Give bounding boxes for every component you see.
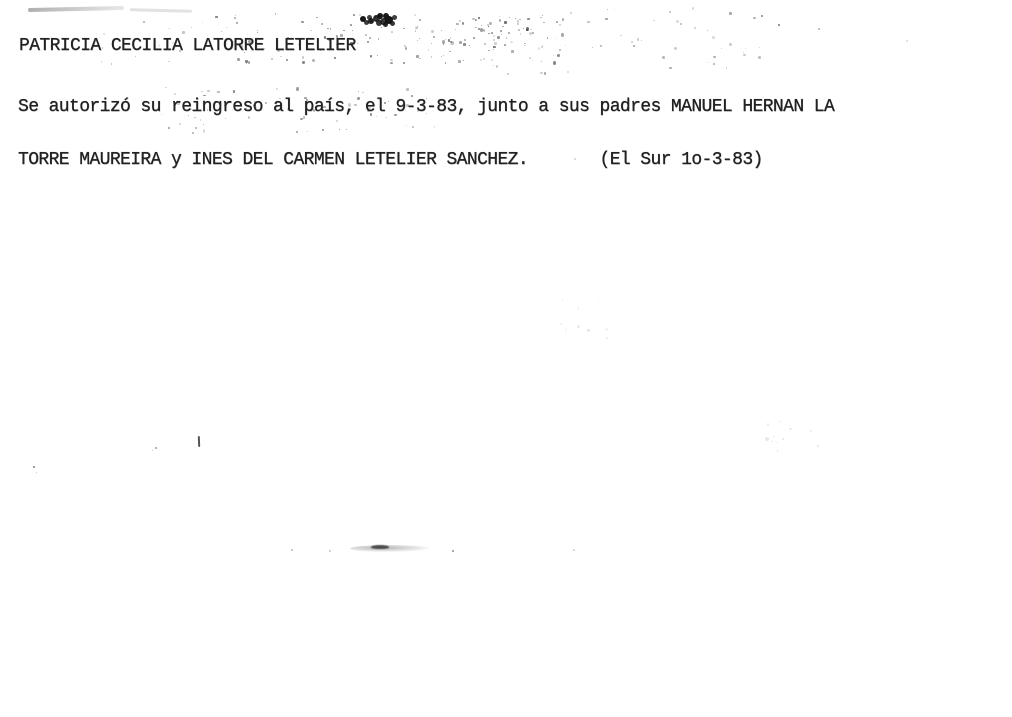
ink-speck (562, 18, 564, 21)
ink-speck (475, 19, 477, 21)
ink-speck (694, 27, 696, 29)
ink-speck (570, 12, 571, 14)
ink-speck (236, 22, 237, 24)
ink-speck (135, 56, 136, 57)
ink-speck (499, 19, 501, 22)
ink-blot-dot (373, 15, 380, 22)
ink-speck (456, 23, 458, 25)
ink-speck (330, 28, 332, 29)
ink-speck (906, 40, 908, 42)
ink-speck (597, 317, 599, 318)
ink-speck (519, 19, 521, 20)
ink-speck (404, 45, 406, 47)
ink-speck (103, 33, 105, 35)
ink-speck (633, 45, 634, 46)
ink-speck (631, 41, 633, 43)
ink-speck (729, 12, 732, 15)
ink-speck (369, 37, 372, 39)
ink-speck (182, 31, 185, 34)
ink-speck (743, 54, 746, 56)
ink-speck (542, 45, 544, 46)
ink-speck (245, 60, 248, 63)
ink-speck (478, 28, 480, 30)
ink-speck (377, 55, 378, 56)
ink-speck (475, 20, 476, 21)
ink-speck (491, 32, 494, 34)
ink-speck (520, 33, 521, 35)
ink-speck (529, 32, 532, 35)
ink-speck (419, 38, 420, 39)
ink-speck (565, 329, 567, 331)
ink-speck (529, 57, 531, 59)
ink-speck (759, 47, 761, 48)
ink-speck (761, 15, 763, 17)
ink-speck (469, 45, 470, 46)
ink-speck (271, 58, 273, 60)
ink-speck (501, 34, 502, 35)
ink-speck (680, 23, 682, 25)
document-text-line-1: Se autorizó su reingreso al país, el 9-3… (18, 99, 834, 117)
ink-speck (275, 13, 277, 15)
ink-speck (359, 14, 361, 16)
ink-speck (443, 44, 444, 45)
smudge-mark-bottom (350, 545, 430, 552)
ink-speck (237, 58, 239, 61)
ink-speck (221, 31, 222, 32)
ink-speck (712, 36, 715, 39)
ink-blot-dot (392, 15, 397, 20)
ink-speck (168, 28, 170, 29)
ink-speck (226, 27, 227, 28)
ink-speck (745, 48, 746, 49)
ink-speck (33, 466, 35, 468)
ink-speck (541, 46, 543, 48)
ink-speck (310, 30, 312, 31)
ink-speck (459, 20, 461, 22)
ink-speck (526, 29, 528, 31)
ink-speck (445, 39, 446, 40)
ink-speck (215, 16, 218, 18)
ink-speck (607, 9, 609, 11)
ink-speck (515, 18, 516, 19)
ink-speck (524, 43, 525, 44)
ink-speck (431, 56, 433, 57)
ink-speck (441, 30, 442, 31)
ink-speck (291, 549, 293, 551)
ink-speck (473, 37, 475, 39)
ink-speck (431, 43, 432, 44)
ink-speck (506, 37, 507, 38)
ink-speck (669, 11, 671, 13)
ink-speck (524, 45, 525, 46)
ink-speck (457, 23, 459, 25)
ink-speck (478, 17, 481, 19)
ink-speck (511, 50, 514, 53)
ink-speck (481, 25, 482, 26)
ink-speck (415, 27, 418, 29)
ink-speck (798, 418, 799, 419)
ink-speck (442, 40, 445, 44)
ink-speck (587, 329, 590, 332)
ink-speck (753, 17, 756, 19)
ink-blot-dot (376, 20, 382, 26)
ink-speck (458, 60, 461, 63)
ink-speck (352, 30, 353, 31)
ink-speck (302, 56, 305, 59)
ink-speck (36, 472, 37, 473)
ink-speck (517, 23, 519, 26)
ink-blot-dot (368, 18, 374, 24)
ink-speck (431, 30, 434, 34)
ink-speck (472, 18, 475, 21)
ink-blot-dot (390, 21, 395, 26)
ink-speck (475, 27, 477, 29)
ink-speck (316, 17, 318, 19)
ink-speck (353, 14, 355, 17)
ink-speck (600, 45, 602, 47)
ink-speck (530, 29, 531, 30)
ink-speck (367, 41, 369, 43)
ink-blot-dot (380, 18, 387, 25)
ink-speck (614, 9, 616, 11)
ink-speck (810, 430, 812, 432)
ink-speck (587, 21, 590, 24)
ink-speck (234, 17, 237, 19)
tick-mark (198, 436, 200, 447)
ink-speck (451, 41, 454, 45)
ink-speck (384, 22, 386, 24)
ink-speck (713, 56, 716, 58)
ink-speck (493, 35, 495, 37)
ink-speck (538, 47, 540, 50)
ink-speck (374, 15, 377, 18)
ink-speck (416, 55, 419, 58)
ink-speck (543, 22, 545, 24)
ink-speck (235, 15, 236, 16)
document-text-line-2: TORRE MAUREIRA y INES DEL CARMEN LETELIE… (18, 152, 834, 170)
ink-speck (598, 298, 600, 300)
ink-speck (557, 54, 560, 57)
ink-blot-dot (364, 20, 369, 25)
ink-blot-dot (385, 16, 393, 24)
ink-blot-dot (367, 15, 372, 20)
ink-speck (560, 323, 563, 325)
ink-blot-dot (383, 22, 388, 27)
ink-speck (605, 18, 607, 20)
ink-speck (441, 56, 442, 57)
ink-speck (450, 41, 452, 43)
ink-speck (357, 43, 359, 45)
ink-speck (500, 30, 502, 32)
ink-speck (257, 32, 258, 33)
ink-speck (493, 46, 495, 48)
ink-speck (532, 60, 534, 61)
ink-speck (491, 59, 493, 61)
ink-speck (653, 20, 654, 22)
ink-speck (562, 299, 563, 300)
ink-speck (508, 32, 510, 35)
ink-speck (202, 22, 203, 23)
ink-speck (463, 60, 464, 61)
ink-speck (540, 17, 541, 18)
ink-speck (419, 19, 421, 21)
ink-speck (483, 58, 485, 60)
ink-speck (168, 61, 169, 62)
ink-speck (343, 30, 345, 32)
ink-speck (449, 51, 450, 53)
ink-speck (464, 39, 467, 42)
ink-speck (743, 52, 744, 53)
ink-speck (370, 56, 372, 59)
ink-speck (778, 24, 780, 26)
ink-speck (767, 423, 770, 426)
ink-speck (494, 42, 497, 44)
document-body: Se autorizó su reingreso al país, el 9-3… (18, 64, 834, 204)
ink-speck (518, 29, 520, 31)
ink-speck (155, 447, 157, 449)
ink-speck (101, 61, 102, 62)
ink-speck (489, 22, 492, 25)
ink-speck (334, 57, 335, 59)
ink-speck (565, 45, 566, 46)
ink-speck (502, 26, 504, 27)
ink-speck (381, 27, 382, 28)
ink-speck (378, 38, 379, 39)
ink-speck (455, 29, 456, 30)
smudge-mark-top-left (28, 6, 124, 12)
ink-speck (350, 24, 352, 26)
ink-speck (463, 43, 466, 46)
ink-speck (810, 436, 811, 437)
ink-speck (396, 16, 397, 17)
ink-speck (417, 40, 418, 41)
ink-speck (499, 16, 500, 17)
ink-speck (390, 59, 393, 62)
ink-speck (459, 41, 461, 44)
ink-speck (592, 47, 594, 49)
document-title: PATRICIA CECILIA LATORRE LETELIER (19, 38, 356, 56)
ink-speck (450, 37, 451, 38)
ink-speck (504, 44, 506, 47)
ink-speck (509, 17, 510, 18)
ink-speck (487, 24, 489, 26)
ink-speck (577, 325, 580, 328)
ink-speck (493, 46, 496, 49)
ink-speck (286, 59, 288, 61)
ink-speck (480, 28, 483, 31)
ink-speck (729, 43, 732, 46)
ink-speck (692, 7, 695, 10)
ink-speck (556, 38, 557, 39)
ink-speck (789, 428, 791, 430)
ink-speck (448, 39, 450, 42)
ink-speck (523, 28, 524, 29)
ink-speck (143, 21, 145, 23)
ink-speck (488, 33, 490, 34)
ink-speck (414, 14, 416, 16)
ink-speck (789, 425, 790, 426)
ink-speck (365, 34, 367, 36)
ink-speck (565, 331, 566, 333)
ink-speck (493, 49, 494, 50)
ink-speck (662, 56, 665, 60)
ink-speck (777, 450, 779, 452)
ink-speck (817, 445, 819, 447)
ink-speck (559, 49, 561, 51)
ink-speck (721, 48, 722, 49)
ink-speck (676, 20, 679, 23)
ink-speck (370, 20, 373, 23)
ink-blot-dot (383, 13, 389, 19)
ink-speck (526, 27, 529, 31)
ink-speck (637, 38, 639, 41)
ink-blot-dot (377, 13, 383, 19)
ink-speck (433, 36, 435, 38)
ink-speck (405, 47, 408, 50)
ink-speck (547, 37, 549, 38)
ink-speck (497, 36, 500, 40)
ink-speck (403, 28, 405, 29)
ink-speck (257, 30, 258, 31)
ink-speck (782, 438, 784, 440)
ink-speck (370, 55, 372, 57)
ink-speck (577, 307, 580, 310)
ink-speck (517, 20, 519, 23)
ink-speck (527, 18, 530, 21)
scanned-document-page: PATRICIA CECILIA LATORRE LETELIER Se aut… (0, 0, 1012, 717)
ink-speck (415, 30, 417, 32)
ink-speck (765, 437, 768, 441)
ink-speck (542, 15, 543, 16)
ink-speck (480, 59, 482, 61)
ink-speck (606, 337, 608, 339)
smudge-mark-top-left-2 (130, 8, 192, 12)
ink-speck (561, 33, 564, 37)
ink-speck (504, 21, 507, 25)
ink-speck (605, 328, 608, 331)
ink-speck (452, 550, 454, 552)
ink-speck (301, 21, 303, 23)
ink-speck (758, 56, 761, 59)
ink-speck (367, 21, 370, 24)
ink-blot-dot (360, 16, 366, 22)
ink-speck (321, 23, 324, 26)
ink-speck (191, 27, 192, 28)
ink-speck (674, 47, 677, 50)
ink-speck (776, 442, 777, 443)
ink-speck (553, 55, 554, 56)
ink-speck (559, 24, 561, 26)
ink-speck (707, 30, 708, 31)
ink-speck (818, 28, 820, 30)
ink-speck (510, 41, 513, 44)
ink-speck (419, 58, 420, 59)
ink-speck (779, 421, 781, 422)
ink-speck (488, 50, 490, 51)
ink-speck (327, 28, 328, 29)
ink-speck (484, 43, 486, 45)
ink-speck (312, 59, 315, 62)
ink-speck (483, 29, 485, 32)
ink-speck (488, 26, 489, 27)
ink-speck (771, 441, 772, 442)
ink-speck (462, 22, 465, 25)
ink-speck (541, 61, 542, 62)
ink-speck (450, 44, 451, 45)
ink-speck (391, 31, 393, 33)
ink-speck (641, 40, 642, 41)
ink-speck (380, 13, 383, 17)
ink-speck (493, 39, 495, 41)
ink-speck (573, 549, 575, 551)
ink-speck (152, 450, 153, 451)
ink-speck (417, 26, 419, 27)
ink-speck (773, 436, 775, 437)
smudge-mark-bottom-core (371, 545, 389, 549)
ink-speck (585, 298, 586, 299)
ink-speck (620, 35, 621, 36)
ink-speck (329, 550, 331, 552)
ink-speck (556, 21, 558, 23)
ink-speck (443, 55, 444, 56)
ink-speck (532, 32, 533, 34)
ink-speck (428, 49, 430, 51)
